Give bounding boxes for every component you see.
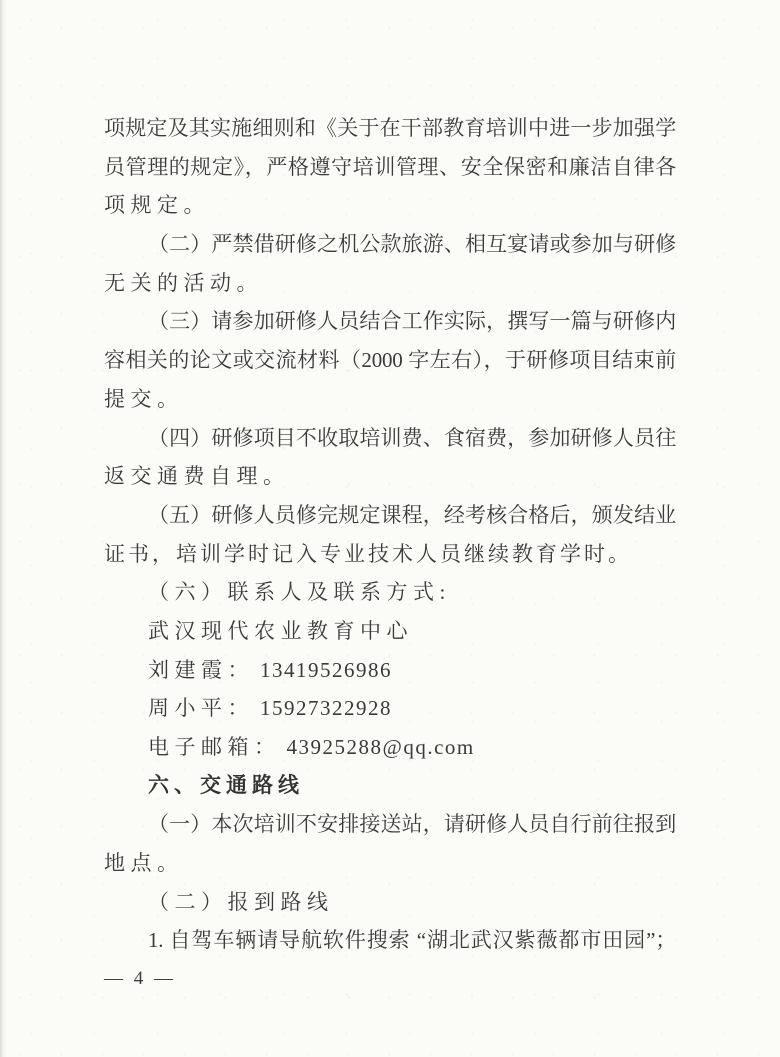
document-body: 项规定及其实施细则和《关于在干部教育培训中进一步加强学 员管理的规定》，严格遵守… [104, 109, 676, 960]
contacts-heading-line: （六）联系人及联系方式: [104, 573, 676, 612]
body-text-line: 返交通费自理。 [104, 457, 676, 496]
contact-email-line: 电子邮箱：43925288@qq.com [104, 728, 676, 767]
body-text-line: （二）严禁借研修之机公款旅游、相互宴请或参加与研修 [104, 225, 676, 264]
body-text-line: （四）研修项目不收取培训费、食宿费，参加研修人员往 [104, 419, 676, 458]
contact-email-label: 电子邮箱： [148, 735, 281, 759]
contact-phone-number: 13419526986 [260, 658, 392, 682]
contact-email-address: 43925288@qq.com [287, 735, 475, 759]
traffic-section-heading: 六、交通路线 [104, 767, 676, 806]
body-text-line: 项规定。 [104, 186, 676, 225]
body-text-line: （三）请参加研修人员结合工作实际，撰写一篇与研修内 [104, 302, 676, 341]
body-text-line: 地点。 [104, 844, 676, 883]
body-text-line: 项规定及其实施细则和《关于在干部教育培训中进一步加强学 [104, 109, 676, 148]
body-text-line: 提交。 [104, 380, 676, 419]
body-text-line: 容相关的论文或交流材料（2000 字左右），于研修项目结束前 [104, 341, 676, 380]
body-text-line: （一）本次培训不安排接送站，请研修人员自行前往报到 [104, 805, 676, 844]
body-text-line: （五）研修人员修完规定课程，经考核合格后，颁发结业 [104, 496, 676, 535]
contact-name: 刘建霞： [148, 658, 254, 682]
contact-name: 周小平： [148, 696, 254, 720]
contact-phone-line: 周小平：15927322928 [104, 689, 676, 728]
page-number: — 4 — [104, 960, 176, 998]
contact-phone-number: 15927322928 [260, 696, 392, 720]
body-text-line: 无关的活动。 [104, 264, 676, 303]
contact-phone-line: 刘建霞：13419526986 [104, 651, 676, 690]
route-step-line: 1. 自驾车辆请导航软件搜索 “湖北武汉紫薇都市田园”； [104, 921, 676, 960]
route-subheading-line: （二）报到路线 [104, 883, 676, 922]
body-text-line: 员管理的规定》，严格遵守培训管理、安全保密和廉洁自律各 [104, 148, 676, 187]
org-name-line: 武汉现代农业教育中心 [104, 612, 676, 651]
body-text-line: 证书，培训学时记入专业技术人员继续教育学时。 [104, 535, 676, 574]
